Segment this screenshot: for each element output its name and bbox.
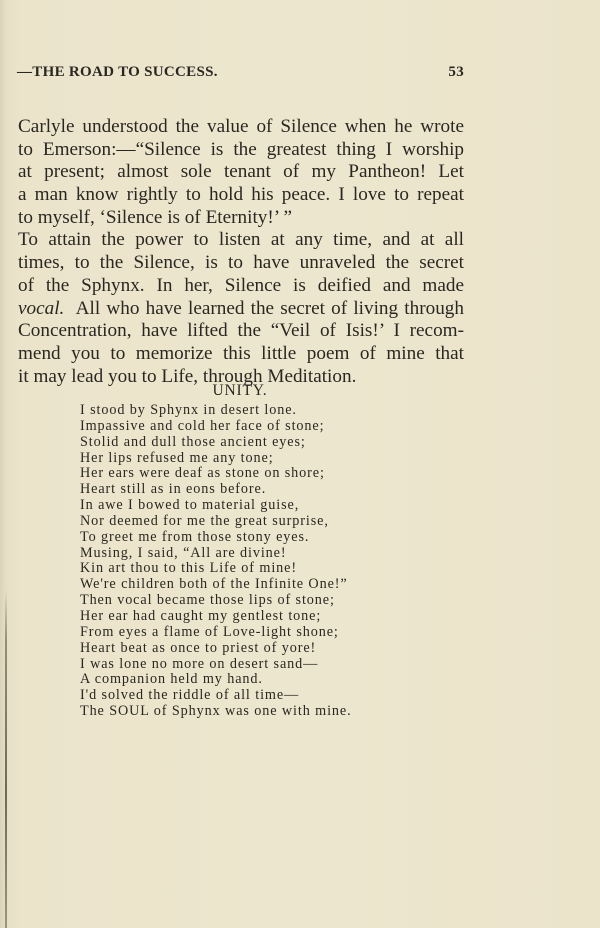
prose-line: to myself, ‘Silence is of Eternity!’ ” (18, 207, 464, 230)
poem-verse: Stolid and dull those ancient eyes; (80, 435, 352, 451)
page-number: 53 (448, 64, 464, 81)
poem-verse: A companion held my hand. (80, 672, 352, 688)
prose-line-rest: All who have learned the secret of livin… (76, 298, 464, 319)
prose-line: mend you to memorize this little poem of… (18, 343, 464, 366)
poem-verse: Heart still as in eons before. (80, 482, 352, 498)
poem-verse: Musing, I said, “All are divine! (80, 546, 352, 562)
poem-verse: Impassive and cold her face of stone; (80, 419, 352, 435)
poem-verse: The SOUL of Sphynx was one with mine. (80, 704, 352, 720)
poem-verse: Her lips refused me any tone; (80, 451, 352, 467)
prose-line: at present; almost sole tenant of my Pan… (18, 161, 464, 184)
prose-line: of the Sphynx. In her, Silence is deifie… (18, 275, 464, 298)
book-page: —THE ROAD TO SUCCESS. 53 Carlyle underst… (0, 0, 600, 928)
running-title: —THE ROAD TO SUCCESS. (17, 64, 218, 81)
prose-line: To attain the power to listen at any tim… (18, 229, 464, 252)
prose-line: to Emerson:—“Silence is the greatest thi… (18, 139, 464, 162)
poem-verse: In awe I bowed to material guise, (80, 498, 352, 514)
poem-verse: I was lone no more on desert sand— (80, 657, 352, 673)
poem-verse: Nor deemed for me the great surprise, (80, 514, 352, 530)
poem: I stood by Sphynx in desert lone. Impass… (80, 403, 352, 720)
poem-verse: Her ear had caught my gentlest tone; (80, 609, 352, 625)
page-gutter-edge (5, 590, 7, 928)
poem-verse: From eyes a flame of Love-light shone; (80, 625, 352, 641)
prose-line: a man know rightly to hold his peace. I … (18, 184, 464, 207)
poem-verse: Kin art thou to this Life of mine! (80, 561, 352, 577)
poem-verse: I stood by Sphynx in desert lone. (80, 403, 352, 419)
poem-verse: Her ears were deaf as stone on shore; (80, 466, 352, 482)
prose-line: times, to the Silence, is to have unrave… (18, 252, 464, 275)
poem-verse: Then vocal became those lips of stone; (80, 593, 352, 609)
poem-verse: I'd solved the riddle of all time— (80, 688, 352, 704)
prose-line: Carlyle understood the value of Silence … (18, 116, 464, 139)
poem-verse: We're children both of the Infinite One!… (80, 577, 352, 593)
poem-verse: To greet me from those stony eyes. (80, 530, 352, 546)
page-header: —THE ROAD TO SUCCESS. 53 (17, 64, 464, 84)
body-text: Carlyle understood the value of Silence … (18, 116, 464, 388)
poem-title: UNITY. (0, 382, 480, 400)
prose-line-with-italic: vocal. All who have learned the secret o… (18, 298, 464, 321)
poem-verse: Heart beat as once to priest of yore! (80, 641, 352, 657)
prose-line: Concentration, have lifted the “Veil of … (18, 320, 464, 343)
italic-word: vocal. (18, 298, 64, 319)
